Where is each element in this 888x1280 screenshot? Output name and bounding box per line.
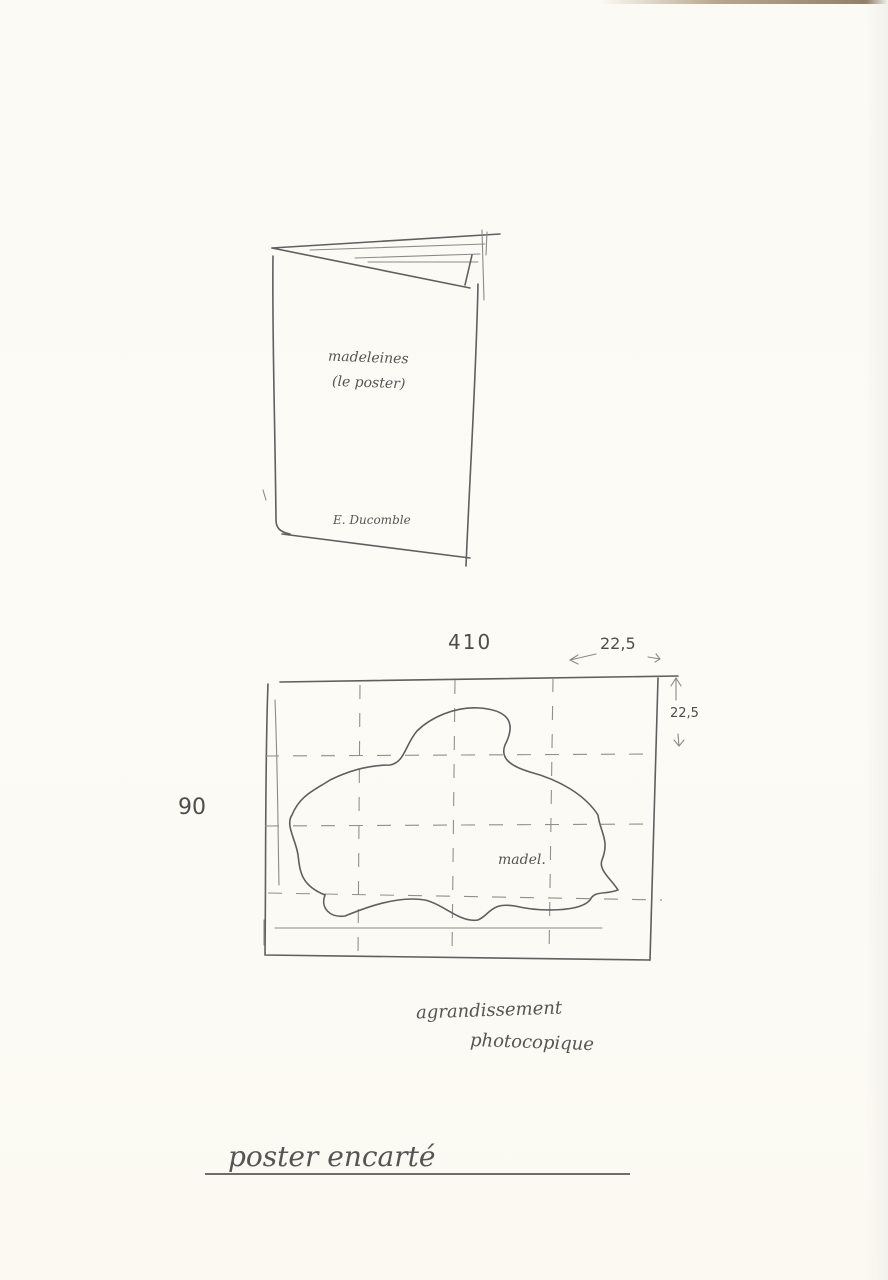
poster-right-margin-label: 22,5 (670, 706, 699, 721)
annotation-line-2: photocopique (470, 1030, 595, 1055)
dimension-arrows (570, 654, 684, 746)
caption-text: poster encarté (228, 1140, 435, 1173)
booklet-title: madeleines (328, 349, 409, 368)
booklet-author: E. Ducomble (333, 513, 411, 527)
sketch-drawings (0, 0, 888, 1280)
booklet-subtitle: (le poster) (332, 374, 406, 393)
poster-shape-label: madel. (498, 852, 546, 868)
poster-top-margin-label: 22,5 (600, 634, 636, 653)
poster-height-label: 90 (178, 795, 206, 820)
poster-drawing (264, 676, 678, 960)
poster-width-label: 410 (448, 630, 492, 654)
caption-underline (205, 1173, 630, 1175)
